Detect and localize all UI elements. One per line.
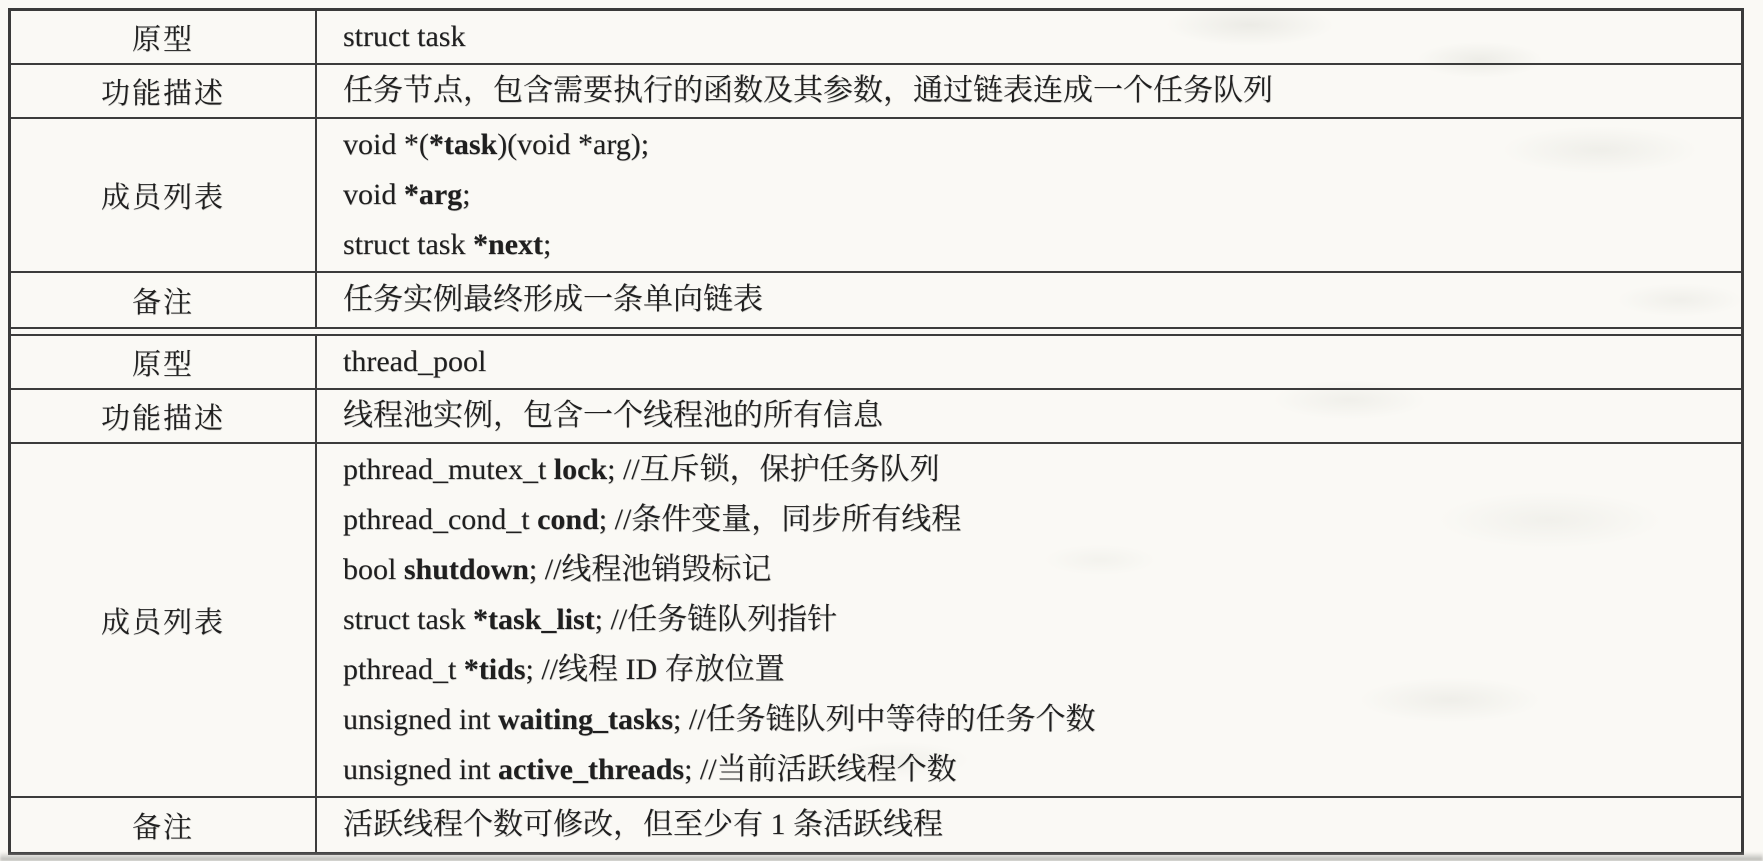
code-line: struct task *next; bbox=[343, 220, 1741, 270]
table-row: 功能描述线程池实例，包含一个线程池的所有信息 bbox=[11, 390, 1741, 444]
member-name-bold: active_threads bbox=[498, 753, 684, 786]
row-content: void *(*task)(void *arg);void *arg;struc… bbox=[317, 119, 1741, 271]
member-name-bold: *task bbox=[429, 128, 497, 161]
row-content: pthread_mutex_t lock; //互斥锁，保护任务队列pthrea… bbox=[317, 444, 1741, 796]
member-name-bold: waiting_tasks bbox=[498, 703, 673, 736]
member-name-bold: *next bbox=[473, 228, 543, 261]
member-name-bold: *tids bbox=[464, 653, 526, 686]
member-name-bold: lock bbox=[554, 453, 607, 486]
row-content: 任务节点，包含需要执行的函数及其参数，通过链表连成一个任务队列 bbox=[317, 65, 1741, 117]
code-line: struct task *task_list; //任务链队列指针 bbox=[343, 595, 1741, 645]
row-content: thread_pool bbox=[317, 336, 1741, 388]
member-name-bold: shutdown bbox=[404, 553, 529, 586]
code-line: struct task bbox=[343, 12, 1741, 62]
row-label: 原型 bbox=[11, 336, 317, 388]
section-divider bbox=[11, 327, 1741, 336]
table-row: 备注活跃线程个数可修改，但至少有 1 条活跃线程 bbox=[11, 798, 1741, 852]
table-row: 成员列表pthread_mutex_t lock; //互斥锁，保护任务队列pt… bbox=[11, 444, 1741, 798]
row-content: 线程池实例，包含一个线程池的所有信息 bbox=[317, 390, 1741, 442]
code-line: pthread_t *tids; //线程 ID 存放位置 bbox=[343, 645, 1741, 695]
row-label: 备注 bbox=[11, 273, 317, 327]
code-line: thread_pool bbox=[343, 337, 1741, 387]
text-line: 任务实例最终形成一条单向链表 bbox=[343, 275, 1741, 325]
table-row: 原型struct task bbox=[11, 11, 1741, 65]
row-label: 备注 bbox=[11, 798, 317, 852]
code-line: unsigned int active_threads; //当前活跃线程个数 bbox=[343, 745, 1741, 795]
row-content: 活跃线程个数可修改，但至少有 1 条活跃线程 bbox=[317, 798, 1741, 852]
code-line: bool shutdown; //线程池销毁标记 bbox=[343, 545, 1741, 595]
table-row: 备注任务实例最终形成一条单向链表 bbox=[11, 273, 1741, 327]
code-line: pthread_mutex_t lock; //互斥锁，保护任务队列 bbox=[343, 445, 1741, 495]
row-content: 任务实例最终形成一条单向链表 bbox=[317, 273, 1741, 327]
spec-table: 原型struct task功能描述任务节点，包含需要执行的函数及其参数，通过链表… bbox=[8, 8, 1744, 855]
member-name-bold: *task_list bbox=[473, 603, 595, 636]
row-label: 成员列表 bbox=[11, 119, 317, 271]
table-row: 原型thread_pool bbox=[11, 336, 1741, 390]
text-line: 活跃线程个数可修改，但至少有 1 条活跃线程 bbox=[343, 800, 1741, 850]
code-line: pthread_cond_t cond; //条件变量，同步所有线程 bbox=[343, 495, 1741, 545]
row-content: struct task bbox=[317, 11, 1741, 63]
row-label: 成员列表 bbox=[11, 444, 317, 796]
row-label: 功能描述 bbox=[11, 390, 317, 442]
table-row: 功能描述任务节点，包含需要执行的函数及其参数，通过链表连成一个任务队列 bbox=[11, 65, 1741, 119]
code-line: void *(*task)(void *arg); bbox=[343, 120, 1741, 170]
code-line: void *arg; bbox=[343, 170, 1741, 220]
member-name-bold: cond bbox=[537, 503, 599, 536]
member-name-bold: *arg bbox=[404, 178, 462, 211]
code-line: unsigned int waiting_tasks; //任务链队列中等待的任… bbox=[343, 695, 1741, 745]
row-label: 原型 bbox=[11, 11, 317, 63]
text-line: 任务节点，包含需要执行的函数及其参数，通过链表连成一个任务队列 bbox=[343, 66, 1741, 116]
table-row: 成员列表void *(*task)(void *arg);void *arg;s… bbox=[11, 119, 1741, 273]
text-line: 线程池实例，包含一个线程池的所有信息 bbox=[343, 391, 1741, 441]
row-label: 功能描述 bbox=[11, 65, 317, 117]
